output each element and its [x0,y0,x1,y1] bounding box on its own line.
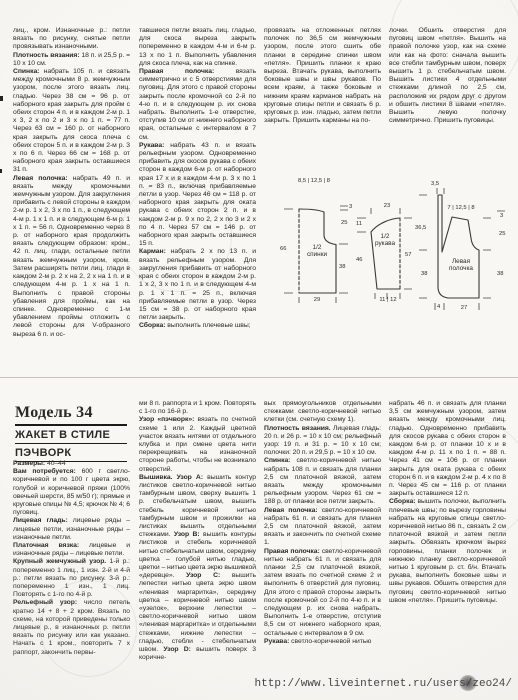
paragraph: Вышивка. Узор А: вышить контур листиков … [139,474,256,663]
article-top-column-1: лиц., кром. Изнаночные р.: петли вязать … [13,27,130,375]
scan-artifact [0,169,2,173]
model-number: Модель 34 [15,404,127,426]
paragraph: Правая полочка: светло-коричневой нитью … [264,548,381,638]
paragraph: лочки. Обшить отверстия для пуговиц швом… [389,27,506,125]
front-band-length: 36,5 [415,225,426,231]
article-bottom-column-4: набрать 46 п. и связать для планки 3,5 с… [389,400,506,668]
sleeve-top-width: 23 [373,203,401,209]
paragraph: Сборка: вышить полочки, выполнить плечев… [389,498,506,605]
front-bottom-width: 27 [448,305,480,311]
paragraph: Сборка: выполнить плечевые швы; [139,322,256,330]
paragraph: лиц., кром. Изнаночные р.: петли вязать … [13,27,130,52]
paragraph: Рельефный узор: число петель кратно 14 +… [13,599,130,656]
paragraph: Рукава: набрать 43 п. и вязать рельефным… [139,142,256,249]
paragraph: тавшиеся петли вязать лиц. гладью, для с… [139,27,256,68]
front-band-top-width: 3,5 [431,181,439,187]
front-side-height: 38 [497,271,503,277]
paragraph: Карман: набрать 2 х по 13 п. и вязать ре… [139,248,256,322]
paragraph: Спинка: набрать 105 п. и связать между к… [13,68,130,175]
sleeve-cap-height: 11 [356,221,362,227]
paragraph: Рукава: светло-коричневой нитью [264,638,381,646]
front-left-height: 38 [421,271,427,277]
model-header: Модель 34 ЖАКЕТ В СТИЛЕ ПЭЧВОРК [15,404,127,462]
back-shoulder-height: 3 [349,204,352,210]
paragraph: провязать на отложенных петлях полочек п… [264,27,381,125]
paragraph: Вам потребуется: 600 г светло-коричневой… [13,468,130,517]
back-piece-label: 1/2спинки [300,244,334,259]
front-shoulder-height: 3 [500,213,503,219]
paragraph: Платочная вязка: лицевые и изнаночные ря… [13,542,130,558]
front-piece-label: Леваяполочка [442,258,480,273]
pattern-schematic: 8,5 | 12,5 | 8 3 25 38 66 29 1/2спинки 2… [278,170,518,348]
paragraph: набрать 46 п. и связать для планки 3,5 с… [389,400,506,498]
front-armhole-height: 25 [499,231,505,237]
paragraph: Узор «пэчворк»: вязать по счетной схеме … [139,416,256,473]
article-top-column-4: лочки. Обшить отверстия для пуговиц швом… [389,27,506,162]
back-side-height: 38 [339,264,345,270]
sleeve-outline [371,218,400,289]
back-total-height: 66 [280,246,286,252]
magazine-page: лиц., кром. Изнаночные р.: петли вязать … [0,0,518,700]
article-top-column-2: тавшиеся петли вязать лиц. гладью, для с… [139,27,256,375]
schematic-drawing [278,170,518,348]
sleeve-right-height: 57 [405,252,411,258]
back-bottom-width: 29 [306,297,328,303]
front-top-widths: 7 | 12,5 | 8 [441,205,481,211]
sleeve-left-height: 46 [356,257,362,263]
section-divider [0,377,518,378]
paragraph: Правая полочка: вязать симметрично и с 5… [139,68,256,142]
source-url: http://www.liveinternet.ru/users/zeo24/ [0,678,512,690]
article-bottom-column-3: вых прямоугольников отдельными стежками … [264,400,381,668]
paragraph: Размеры: 40–44 [13,460,130,468]
article-bottom-column-1: Размеры: 40–44Вам потребуется: 600 г све… [13,460,130,685]
paragraph: Лицевая гладь: лицевые ряды – лицевые пе… [13,517,130,542]
paragraph: Крупный жемчужный узор. 1-й р.: попереме… [13,558,130,599]
sleeve-bottom-widths: 11 | 12 [372,297,404,303]
watermark-stamp [459,675,477,691]
paragraph: ми 8 п. раппорта и 1 кром. Повторять с 1… [139,400,256,416]
article-bottom-column-2: ми 8 п. раппорта и 1 кром. Повторять с 1… [139,400,256,668]
scan-artifact [0,96,3,101]
paragraph: Плотность вязания: 18 п. и 25,5 р. = 10 … [13,52,130,68]
paragraph: Спинка: светло-коричневой нитью набрать … [264,457,381,506]
paragraph: вых прямоугольников отдельными стежками … [264,400,381,425]
back-top-widths: 8,5 | 12,5 | 8 [290,178,338,184]
paragraph: Левая полочка: светло-коричневой набрать… [264,507,381,548]
article-top-column-3: провязать на отложенных петлях полочек п… [264,27,381,147]
model-title-line-1: ЖАКЕТ В СТИЛЕ [15,426,127,444]
paragraph: Плотность вязания. Лицевая гладь: 20 п. … [264,425,381,458]
paragraph: Левая полочка: набрать 49 п. и вязать ме… [13,175,130,339]
front-band-bottom-width: 4 [437,304,440,310]
sleeve-piece-label: 1/2рукава [370,233,400,248]
back-armhole-height: 25 [341,220,347,226]
